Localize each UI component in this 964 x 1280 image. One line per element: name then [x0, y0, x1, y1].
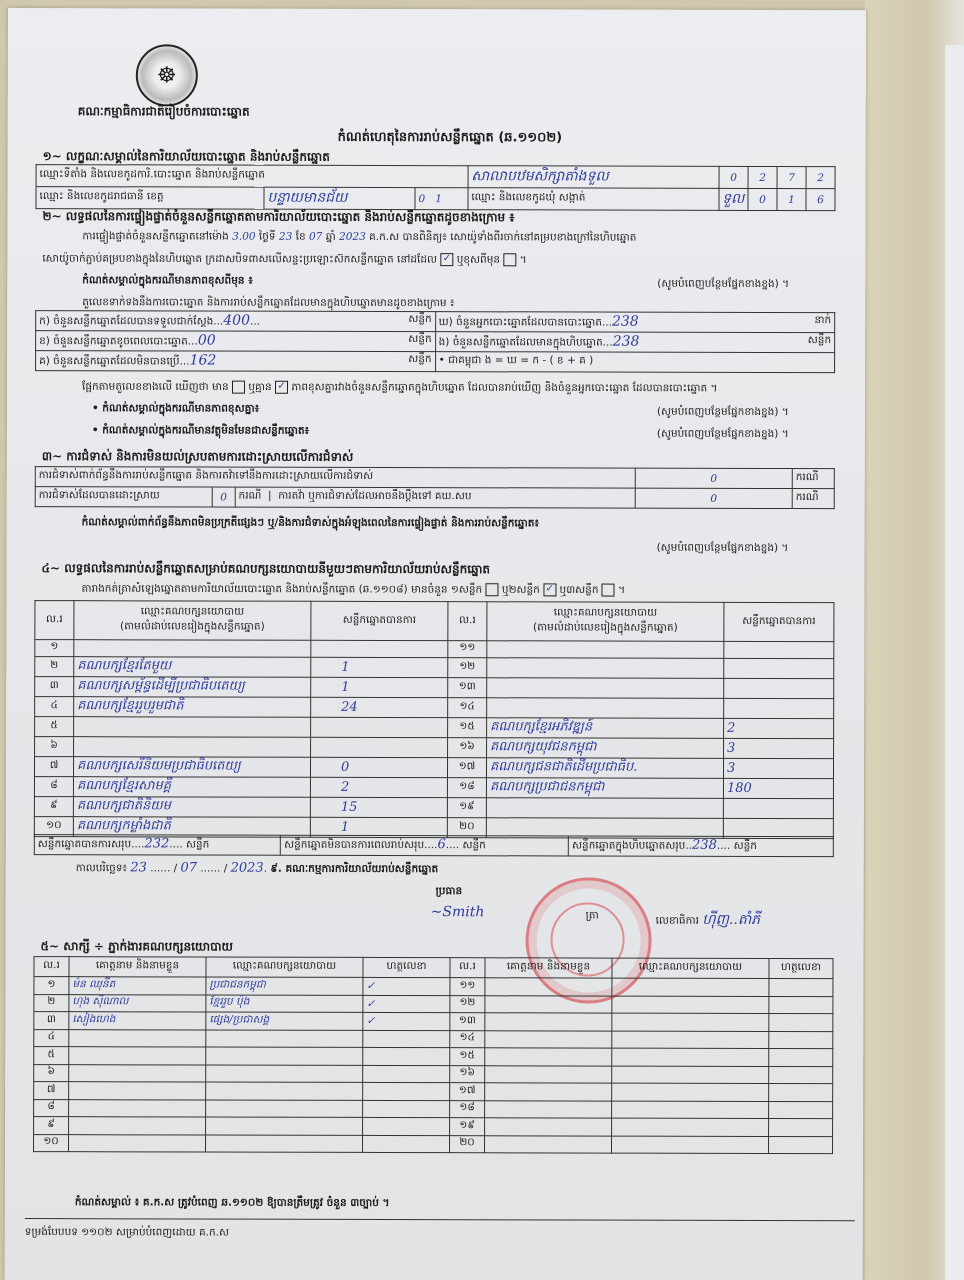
col-party-sub: (តាមលំដាប់លេខរៀងក្នុងសន្លឹកឆ្នោត) [490, 621, 720, 637]
has-diff-checkbox[interactable] [232, 381, 245, 394]
diff-line-a: ផ្អែកតាមតួលេខខាងលើ ឃើញថា មាន [82, 381, 229, 393]
total-box-value: 238 [692, 838, 717, 853]
resolved-label: ការជំទាស់ដែលបានដោះស្រាយ [35, 487, 212, 507]
party-votes [311, 737, 448, 757]
witness-party [612, 1136, 769, 1154]
witness-signature [769, 1136, 833, 1154]
col-no: ល.រ [34, 957, 69, 977]
party-votes [724, 678, 834, 698]
row-no: ៤ [34, 1029, 69, 1047]
witness-party [612, 1066, 769, 1084]
witness-name [69, 1099, 206, 1117]
table-row: ៥១៥គណបក្សខ្មែរអភិវឌ្ឍន៍2 [35, 716, 834, 738]
col-votes: សន្លឹកឆ្នោតបានការ [311, 601, 448, 640]
party-votes [311, 717, 448, 737]
verification-year: 2023 [339, 231, 366, 243]
witness-name [485, 995, 612, 1013]
section2-heading: ២~ លទ្ធផលនៃការផ្ទៀងផ្ទាត់ចំនួនសន្លឹកឆ្នោ… [42, 208, 514, 227]
organization-name: គណៈកម្មាធិការជាតិរៀបចំការបោះឆ្នោត [78, 103, 250, 121]
province-label: ឈ្មោះ និងលេខកូដរាជធានី ខេត្ត [36, 187, 264, 210]
figure-value: 238 [612, 313, 639, 329]
witness-party [612, 1101, 769, 1119]
party-name: គណបក្សសេរីនិយមប្រជាធិបតេយ្យ [73, 756, 310, 777]
table-row: ៤១៤ [34, 1029, 833, 1049]
witness-signature [363, 1100, 450, 1118]
party-name: គណបក្សជនជាតិដើមប្រជាធិប. [486, 757, 723, 778]
party-votes: 15 [310, 797, 447, 817]
year-label: ឆ្នាំ [326, 231, 336, 243]
station-value: សាលាបឋមសិក្សាតាំងទួល [468, 166, 719, 189]
witness-signature [769, 1031, 833, 1049]
row-no: ១៩ [450, 1118, 485, 1136]
two-sheet-label: ឬ២សន្លឹក [502, 584, 540, 596]
row-no: ៣ [35, 676, 74, 696]
seal-text: សោយ៉ូចាក់ភ្ជាប់គម្របខាងក្នុងនៃហិបឆ្នោត ក… [42, 253, 437, 266]
witness-name [69, 1117, 206, 1135]
figure-label: ខ) ចំនួនសន្លឹកឆ្នោតខូចពេលបោះឆ្នោត [39, 335, 188, 347]
witness-signature [769, 1066, 833, 1084]
row-no: ៨ [34, 776, 73, 796]
witness-party [206, 1065, 363, 1083]
seal-line: សោយ៉ូចាក់ភ្ជាប់គម្របខាងក្នុងនៃហិបឆ្នោត ក… [42, 252, 526, 269]
witness-body: ១ម៉ន ឈុនីតប្រជាជនកម្ពុជា✓១១២ហុង ស៊ីណាលខ្… [34, 977, 833, 1154]
form-title: កំណត់ហេតុនៃការរាប់សន្លឹកឆ្នោត (ឆ.១១០២) [338, 129, 563, 149]
three-sheet-label: ឬ៣សន្លឹក [560, 584, 599, 596]
witness-name [485, 1048, 612, 1066]
witness-signature [363, 1117, 450, 1135]
figure-value: 400 [223, 312, 250, 328]
day-label: ថ្ងៃទី [259, 231, 276, 243]
witness-party [206, 1082, 363, 1100]
party-votes [724, 698, 834, 718]
col-no: ល.រ [35, 601, 74, 640]
signing-date-line: កាលបរិច្ឆេទ៖ 23 ...... / 07 ...... / 202… [76, 860, 438, 878]
party-votes: 3 [724, 738, 834, 758]
witness-signature [363, 1047, 450, 1065]
committee-label: ៩. គណៈកម្មការការិយាល័យរាប់សន្លឹកឆ្នោត [270, 863, 438, 875]
figure-unit: សន្លឹក [408, 353, 431, 368]
row-no: ១៤ [448, 697, 487, 717]
bullet-object-note: • កំណត់សម្គាល់ក្នុងករណីមានវត្ថុមិនមែនជាស… [92, 424, 309, 440]
col-no: ល.រ [450, 958, 485, 978]
province-code: 0 1 [415, 188, 468, 210]
party-name: គណបក្សសម្ព័ន្ធដើម្បីប្រជាធិបតេយ្យ [74, 676, 311, 697]
province-code-digit: 0 [419, 193, 426, 205]
table-row: ៦១៦គណបក្សយុវជនកម្ពុជា3 [35, 736, 834, 758]
table-row: ១០២០ [34, 1134, 833, 1154]
total-invalid-label: សន្លឹកឆ្នោតមិនបានការពេលរាប់សរុប [284, 839, 424, 851]
row-no: ៣ [34, 1012, 69, 1030]
month-label: ខែ [296, 231, 306, 243]
col-party: ឈ្មោះគណបក្សនយោបាយ [490, 606, 720, 622]
col-party: ឈ្មោះគណបក្សនយោបាយ [206, 957, 363, 977]
secretary-line: លេខាធិការ ហ៊ីញ..តាំភី [656, 910, 761, 931]
party-votes: 180 [723, 778, 833, 798]
row-no: ១៦ [448, 737, 487, 757]
party-name [74, 640, 311, 657]
station-code-digit: 0 [719, 166, 748, 188]
table-row: ៧គណបក្សសេរីនិយមប្រជាធិបតេយ្យ0១៧គណបក្សជនជ… [34, 756, 833, 778]
fill-hint: (សូមបំពេញបន្ថែមផ្នែកខាងខ្នង) ។ [657, 542, 789, 557]
total-valid-value: 232 [144, 836, 169, 851]
figure-row: ខ) ចំនួនសន្លឹកឆ្នោតខូចពេលបោះឆ្នោត...00សន… [36, 331, 835, 353]
row-no: ១២ [450, 995, 485, 1013]
row-no: ១ [35, 640, 74, 657]
party-name: គណបក្សខ្មែរអភិវឌ្ឍន៍ [487, 717, 724, 738]
row-no: ១៣ [450, 1013, 485, 1031]
row-no: ១៥ [448, 717, 487, 737]
witness-signature [769, 1048, 833, 1066]
verification-prefix: ការផ្ទៀងផ្ទាត់ចំនួនសន្លឹកឆ្នោតនៅម៉ោង [82, 230, 228, 242]
witness-party: ប្រជាជនកម្ពុជា [206, 977, 363, 995]
col-sign: ហត្ថលេខា [769, 958, 833, 978]
province-code-digit: 1 [435, 193, 442, 205]
party-votes: 1 [311, 677, 448, 697]
witness-name [485, 978, 612, 996]
table-row: ៦១៦ [34, 1064, 833, 1084]
different-label: ឬខុសពីមុន [457, 254, 500, 266]
fill-hint: (សូមបំពេញបន្ថែមផ្នែកខាងខ្នង) ។ [657, 428, 789, 443]
figure-row: ក) ចំនួនសន្លឹកឆ្នោតដែលបានទទួលជាក់ស្ដែង..… [36, 311, 835, 333]
party-name: គណបក្សជាតិនិយម [73, 796, 310, 817]
witness-name [69, 1134, 206, 1152]
secretary-name: ហ៊ីញ..តាំភី [702, 912, 760, 928]
witness-signature: ✓ [363, 1012, 450, 1030]
section3-heading: ៣~ ការជំទាស់ និងការមិនយល់ស្របតាមការដោះស្… [42, 448, 354, 467]
table-row: ៥១៥ [34, 1047, 833, 1067]
witness-party [206, 1135, 363, 1153]
col-party-sub: (តាមលំដាប់លេខរៀងក្នុងសន្លឹកឆ្នោត) [77, 620, 307, 636]
col-party: ឈ្មោះគណបក្សនយោបាយ [77, 605, 307, 621]
row-no: ២០ [450, 1135, 485, 1153]
commune-label: ឈ្មោះ និងលេខកូដឃុំ សង្កាត់ [468, 188, 719, 211]
party-name: គណបក្សខ្មែរតែមួយ [74, 656, 311, 677]
fill-hint: (សូមបំពេញបន្ថែមផ្នែកខាងខ្នង) ។ [657, 406, 789, 421]
col-party: ឈ្មោះគណបក្សនយោបាយ [612, 958, 769, 978]
table-row: ២ហុង ស៊ីណាលខ្មែររួប ប៉ុង✓១២ [34, 994, 833, 1014]
totals-table: សន្លឹកឆ្នោតបានការសរុប....232.... សន្លឹក … [34, 834, 834, 857]
witness-signature [769, 996, 833, 1014]
col-no: ល.រ [448, 602, 487, 641]
commune-code-digit: 1 [777, 189, 806, 211]
witness-signature [769, 1101, 833, 1119]
irregularity-note: កំណត់សម្គាល់ពាក់ព័ន្ធនឹងភាពមិនប្រក្រតីផ្… [82, 516, 539, 532]
row-no: ១៧ [450, 1083, 485, 1101]
table-row: ៩១៩ [34, 1117, 833, 1137]
row-no: ៦ [35, 736, 74, 756]
witness-party: ខ្មែររួប ប៉ុង [206, 995, 363, 1013]
row-no: ១៩ [447, 797, 486, 817]
witness-party [206, 1117, 363, 1135]
party-name [487, 657, 724, 678]
figure-value: 162 [190, 352, 217, 368]
witness-signature [769, 1083, 833, 1101]
witness-table: ល.រ គោត្តនាម និងនាមខ្លួន ឈ្មោះគណបក្សនយោប… [33, 956, 834, 1154]
total-box-label: សន្លឹកឆ្នោតក្នុងហិបឆ្នោតសរុប [572, 839, 685, 851]
verification-line: ការផ្ទៀងផ្ទាត់ចំនួនសន្លឹកឆ្នោតនៅម៉ោង 3.0… [82, 230, 636, 246]
table-row: ១១១ [35, 640, 834, 659]
witness-name: ម៉ន ឈុនីត [69, 977, 206, 995]
party-name [74, 716, 311, 737]
witness-signature [363, 1082, 450, 1100]
party-votes: 2 [724, 718, 834, 738]
diff-line-b: ឬគ្មាន [248, 381, 271, 393]
date-year: 2023 [231, 861, 264, 876]
row-no: ៧ [34, 756, 73, 776]
figure-label: ក) ចំនួនសន្លឹកឆ្នោតដែលបានទទួលជាក់ស្ដែង [39, 315, 213, 327]
diff-line: ផ្អែកតាមតួលេខខាងលើ ឃើញថា មាន ឬគ្មាន ✓ ភា… [82, 380, 717, 397]
figure-unit: សន្លឹក [408, 313, 431, 328]
row-no: ៧ [34, 1082, 69, 1100]
party-votes [724, 658, 834, 678]
witness-party [612, 1048, 769, 1066]
col-name: គោត្តនាម និងនាមខ្លួន [69, 957, 206, 977]
witness-signature [363, 1135, 450, 1153]
section5-heading: ៥~ សាក្សី ÷ ភ្នាក់ងារគណបក្សនយោបាយ [41, 938, 233, 957]
party-name: គណបក្សខ្មែរសាមគ្គី [73, 776, 310, 797]
sheet-count-intro: តារាងកត់ត្រាសំឡេងឆ្នោតតាមការិយាល័យបោះឆ្ន… [81, 583, 482, 596]
witness-party [612, 1083, 769, 1101]
witness-name [69, 1029, 206, 1047]
date-label: កាលបរិច្ឆេទ៖ [76, 862, 127, 874]
col-name: គោត្តនាម និងនាមខ្លួន [485, 958, 612, 978]
station-code-digit: 7 [777, 167, 806, 189]
witness-name [485, 1118, 612, 1136]
witness-name [485, 1030, 612, 1048]
unit-label: ករណី [792, 489, 834, 509]
witness-party [612, 996, 769, 1014]
witness-name [485, 1100, 612, 1118]
witness-signature [363, 1030, 450, 1048]
row-no: ១១ [448, 641, 487, 658]
fill-hint: (សូមបំពេញបន្ថែមផ្នែកខាងខ្នង) ។ [657, 278, 789, 293]
appeal-cell: ករណី | ការតវ៉ា ឬការជំទាស់ដែលអាចនឹងប្ដឹងទ… [235, 487, 635, 508]
party-votes [723, 798, 833, 818]
witness-name [69, 1082, 206, 1100]
witness-name [69, 1047, 206, 1065]
row-no: ១៧ [447, 757, 486, 777]
footer-note: កំណត់សម្គាល់ ៖ គ.ក.ស ត្រូវបំពេញ ឆ.១១០២ ឱ… [75, 1196, 390, 1212]
station-id-table: ឈ្មោះទីតាំង និងលេខកូដការិ.បោះឆ្នោត និងរា… [35, 164, 835, 211]
table-row: ៨គណបក្សខ្មែរសាមគ្គី2១៨គណបក្សប្រជាជនកម្ពុ… [34, 776, 833, 798]
witness-party [612, 978, 769, 996]
table-row: ៣សៀងហេងផ្សេង/ប្រជាសង្គ✓១៣ [34, 1012, 833, 1032]
table-row: ២គណបក្សខ្មែរតែមួយ1១២ [35, 656, 834, 678]
diff-note-label: កំណត់សម្គាល់ក្នុងករណីមានភាពខុសពីមុន ៖ [82, 274, 253, 289]
figure-label: ង) ចំនួនសន្លឹកឆ្នោតដែលមានក្នុងហិបឆ្នោត [439, 336, 603, 348]
row-no: ១៨ [450, 1100, 485, 1118]
row-no: ៩ [34, 1117, 69, 1135]
complaints-table: ការជំទាស់ពាក់ព័ន្ធនឹងការរាប់សន្លឹកឆ្នោត … [35, 466, 835, 509]
witness-party [206, 1100, 363, 1118]
row-no: ៨ [34, 1099, 69, 1117]
witness-party [206, 1047, 363, 1065]
witness-party [206, 1030, 363, 1048]
row-no: ៥ [35, 716, 74, 736]
total-invalid-value: 6 [437, 837, 445, 852]
complaints-label: ការជំទាស់ពាក់ព័ន្ធនឹងការរាប់សន្លឹកឆ្នោត … [35, 467, 635, 489]
different-checkbox[interactable] [503, 253, 516, 266]
witness-signature: ✓ [363, 977, 450, 995]
party-votes: 1 [311, 657, 448, 677]
party-votes [311, 640, 448, 657]
three-sheet-checkbox[interactable] [602, 584, 615, 597]
row-no: ២ [34, 994, 69, 1012]
party-votes: 3 [723, 758, 833, 778]
witness-signature [363, 1065, 450, 1083]
unit-label: ករណី [792, 469, 834, 489]
figure-label: គ) ចំនួនសន្លឹកឆ្នោតដែលមិនបានប្រើ [39, 355, 180, 367]
witness-signature: ✓ [363, 995, 450, 1013]
row-no: ១ [34, 977, 69, 995]
complaints-value: 0 [635, 468, 792, 488]
witness-name [69, 1064, 206, 1082]
figure-value: 238 [613, 333, 640, 349]
province-value: បន្ទាយមានជ័យ [264, 187, 415, 209]
form-id: ទម្រង់បែបបទ ១១០២ សម្រាប់បំពេញដោយ គ.ក.ស [25, 1226, 229, 1242]
witness-party: ផ្សេង/ប្រជាសង្គ [206, 1012, 363, 1030]
party-name [487, 697, 724, 718]
verification-day: 23 [279, 231, 292, 243]
party-name [486, 797, 723, 818]
row-no: ១១ [450, 978, 485, 996]
party-name: គណបក្សប្រជាជនកម្ពុជា [486, 777, 723, 798]
commune-code-digit: 0 [748, 188, 777, 210]
ballot-figures-table: ក) ចំនួនសន្លឹកឆ្នោតដែលបានទទួលជាក់ស្ដែង..… [35, 310, 835, 373]
col-votes: សន្លឹកឆ្នោតបានការ [724, 602, 834, 641]
figure-row: គ) ចំនួនសន្លឹកឆ្នោតដែលមិនបានប្រើ...162សន… [36, 351, 835, 373]
unit-label: សន្លឹក [462, 839, 485, 851]
witness-signature [769, 978, 833, 996]
appeal-value: 0 [635, 488, 792, 508]
party-votes: 24 [311, 697, 448, 717]
date-day: 23 [130, 860, 147, 875]
commune-value: ទួល [719, 188, 748, 210]
commune-code-digit: 6 [806, 189, 835, 211]
witness-party [612, 1013, 769, 1031]
figure-unit: សន្លឹក [808, 334, 831, 349]
party-votes: 0 [310, 757, 447, 777]
party-name: គណបក្សយុវជនកម្ពុជា [487, 737, 724, 758]
station-label: ឈ្មោះទីតាំង និងលេខកូដការិ.បោះឆ្នោត និងរា… [36, 165, 468, 188]
witness-name [485, 1135, 612, 1153]
station-code-digit: 2 [748, 166, 777, 188]
two-sheet-checkbox[interactable]: ✓ [543, 583, 556, 596]
sheet-count-line: តារាងកត់ត្រាសំឡេងឆ្នោតតាមការិយាល័យបោះឆ្ន… [81, 582, 625, 599]
table-row: ៨១៨ [34, 1099, 833, 1119]
bullet-diff-note: • កំណត់សម្គាល់ក្នុងករណីមានភាពខុសគ្នា៖ [92, 402, 259, 417]
no-diff-checkbox[interactable]: ✓ [275, 381, 288, 394]
party-votes: 2 [310, 777, 447, 797]
row-no: ១៣ [448, 677, 487, 697]
witness-name [485, 1065, 612, 1083]
figure-value: 00 [198, 332, 216, 348]
table-row: ៧១៧ [34, 1082, 833, 1102]
figure-unit: សន្លឹក [408, 333, 431, 348]
intact-checkbox[interactable]: ✓ [440, 253, 453, 266]
row-no: ១៦ [450, 1065, 485, 1083]
figure-unit: នាក់ [814, 314, 831, 329]
row-no: ៦ [34, 1064, 69, 1082]
row-no: ៤ [35, 696, 74, 716]
row-no: ៥ [34, 1047, 69, 1065]
chair-label: ប្រធាន [436, 885, 463, 900]
party-name [74, 736, 311, 757]
verification-suffix: គ.ក.ស បានពិនិត្យ៖ សោយ៉ូទាំងពីរចាក់នៅគម្រ… [369, 231, 636, 244]
unit-label: សន្លឹក [734, 840, 757, 852]
table-row: ៤គណបក្សខ្មែររួបរួមជាតិ24១៤ [35, 696, 834, 718]
row-no: ១៨ [447, 777, 486, 797]
table-row: ១ម៉ន ឈុនីតប្រជាជនកម្ពុជា✓១១ [34, 977, 833, 997]
table-row: ៩គណបក្សជាតិនិយម15១៩ [34, 796, 833, 818]
witness-signature [769, 1118, 833, 1136]
unit-label: ករណី [239, 490, 262, 502]
section4-heading: ៤~ លទ្ធផលនៃការរាប់សន្លឹកឆ្នោតសម្រាប់គណបក… [42, 560, 491, 579]
party-name [487, 641, 724, 658]
election-form-sheet: ☸ គណៈកម្មាធិការជាតិរៀបចំការបោះឆ្នោត កំណត… [5, 8, 866, 1280]
party-votes [724, 641, 834, 658]
total-valid-label: សន្លឹកឆ្នោតបានការសរុប [38, 838, 131, 850]
appeal-label: ការតវ៉ា ឬការជំទាស់ដែលអាចនឹងប្ដឹងទៅ គឃ.សប [278, 490, 471, 503]
party-name: គណបក្សខ្មែររួបរួមជាតិ [74, 696, 311, 717]
party-results-body: ១១១២គណបក្សខ្មែរតែមួយ1១២៣គណបក្សសម្ព័ន្ធដើ… [34, 640, 834, 839]
adjacent-sheet [945, 45, 964, 1280]
stamp-label: ត្រា [586, 910, 599, 925]
divider [25, 1218, 855, 1221]
witness-signature [769, 1013, 833, 1031]
verification-time: 3.00 [232, 231, 255, 243]
formula-label: • ជាគម្ពុជា ង = ឃ = ក - ( ខ + គ ) [439, 354, 594, 366]
row-no: ៩ [34, 796, 73, 816]
secretary-label: លេខាធិការ [656, 915, 699, 927]
row-no: ១៤ [450, 1030, 485, 1048]
chair-signature: ~Smith [431, 904, 485, 920]
col-sign: ហត្ថលេខា [363, 957, 450, 977]
resolved-value: 0 [212, 487, 235, 507]
station-code-digit: 2 [806, 167, 835, 189]
diff-line-c: ភាពខុសគ្នារវាងចំនួនសន្លឹកឆ្នោតក្នុងហិបឆ្… [291, 381, 717, 394]
witness-party [612, 1118, 769, 1136]
nec-emblem-icon: ☸ [136, 44, 198, 106]
verification-month: 07 [309, 231, 322, 243]
party-name [487, 677, 724, 698]
figure-label: ឃ) ចំនួនអ្នកបោះឆ្នោតដែលបានបោះឆ្នោត [439, 316, 602, 328]
party-results-table: ល.រ ឈ្មោះគណបក្សនយោបាយ(តាមលំដាប់លេខរៀងក្ន… [34, 600, 835, 839]
table-row: ៣គណបក្សសម្ព័ន្ធដើម្បីប្រជាធិបតេយ្យ1១៣ [35, 676, 834, 698]
row-no: ១២ [448, 657, 487, 677]
one-sheet-checkbox[interactable] [486, 583, 499, 596]
witness-name: ហុង ស៊ីណាល [69, 994, 206, 1012]
row-no: ២ [35, 656, 74, 676]
unit-label: សន្លឹក [186, 838, 209, 850]
row-no: ១០ [34, 1134, 69, 1152]
witness-party [612, 1031, 769, 1049]
date-month: 07 [180, 860, 197, 875]
row-no: ១៥ [450, 1048, 485, 1066]
witness-name [485, 1083, 612, 1101]
witness-name: សៀងហេង [69, 1012, 206, 1030]
witness-name [485, 1013, 612, 1031]
